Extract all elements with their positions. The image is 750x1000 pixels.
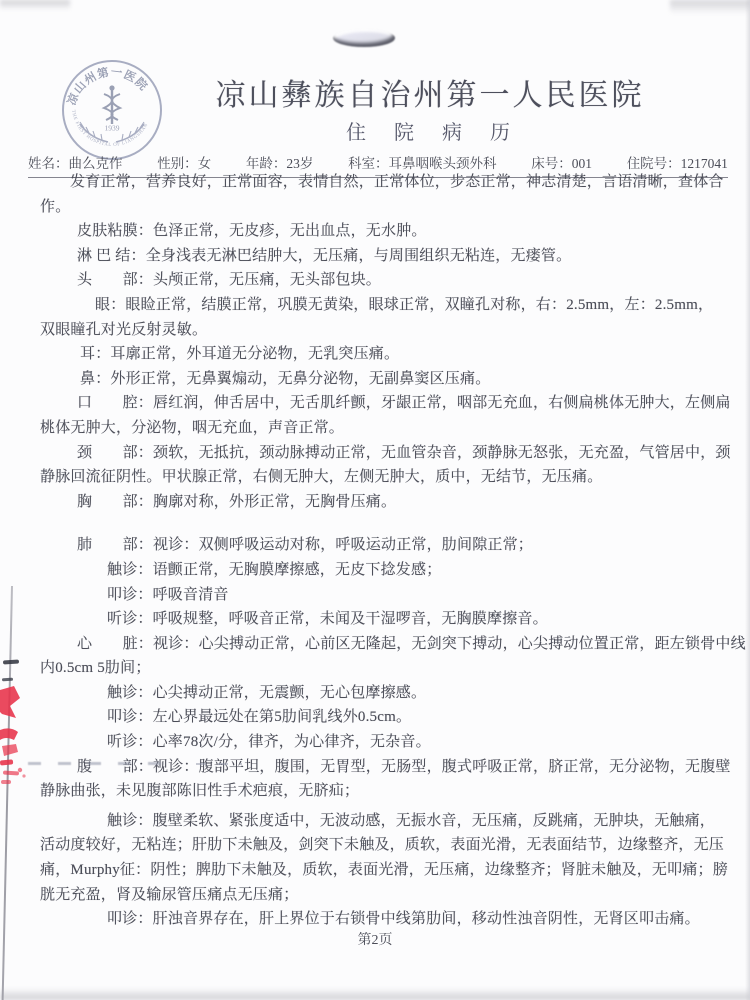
text-line: 内0.5cm 5肋间； bbox=[40, 656, 712, 681]
text-line: 颈 部：颈软，无抵抗，颈动脉搏动正常，无血管杂音，颈静脉无怒张，无充盈，气管居中… bbox=[40, 441, 712, 466]
text-line: 听诊：心率78次/分，律齐，为心律齐，无杂音。 bbox=[40, 730, 712, 755]
text-line: 鼻：外形正常，无鼻翼煽动，无鼻分泌物，无副鼻窦区压痛。 bbox=[40, 367, 712, 392]
text-line: 双眼瞳孔对光反射灵敏。 bbox=[40, 318, 712, 343]
seal-year: 1939 bbox=[105, 124, 120, 133]
text-line: 肺 部：视诊：双侧呼吸运动对称，呼吸运动正常，肋间隙正常； bbox=[40, 533, 712, 558]
text-line: 痛，Murphy征：阴性；脾肋下未触及，质软，表面光滑，无压痛，边缘整齐；肾脏未… bbox=[40, 858, 712, 883]
scan-edge-shadow bbox=[670, 0, 750, 14]
seal-arc-chinese: 凉山州第一医院 bbox=[64, 65, 151, 107]
patient-field: 床号：001 bbox=[531, 152, 592, 172]
text-line: 口 腔：唇红润，伸舌居中，无舌肌纤颤，牙龈正常，咽部无充血，右侧扁桃体无肿大，左… bbox=[40, 391, 712, 416]
text-line: 皮肤粘膜：色泽正常，无皮疹，无出血点，无水肿。 bbox=[40, 219, 712, 244]
scan-edge-shadow bbox=[0, 988, 750, 1000]
text-line: 触诊：语颤正常，无胸膜摩擦感，无皮下捻发感； bbox=[40, 558, 712, 583]
document-title: 住 院 病 历 bbox=[190, 116, 670, 145]
text-line: 静脉曲张，未见腹部陈旧性手术疤痕，无脐疝； bbox=[40, 779, 712, 804]
ink-mark-artifact bbox=[3, 659, 19, 664]
patient-field: 性别：女 bbox=[157, 152, 211, 172]
text-line: 触诊：心尖搏动正常，无震颤，无心包摩擦感。 bbox=[40, 681, 712, 706]
text-line: 腹 部：视诊：腹部平坦，腹围，无胃型，无肠型，腹式呼吸正常，脐正常，无分泌物，无… bbox=[40, 755, 712, 780]
text-line: 淋 巴 结：全身浅表无淋巴结肿大，无压痛，与周围组织无粘连，无瘘管。 bbox=[40, 244, 712, 269]
text-line: 眼：眼睑正常，结膜正常，巩膜无黄染，眼球正常，双瞳孔对称，右：2.5mm，左：2… bbox=[40, 293, 712, 318]
text-line: 胸 部：胸廓对称，外形正常，无胸骨压痛。 bbox=[40, 490, 712, 515]
text-line: 头 部：头颅正常，无压痛，无头部包块。 bbox=[40, 268, 712, 293]
hospital-seal-logo: 凉山州第一医院 THE FIRST HOSPITAL OF LIANGSHAN … bbox=[60, 58, 164, 162]
caduceus-icon bbox=[104, 85, 120, 124]
text-line: 耳：耳廓正常，外耳道无分泌物，无乳突压痛。 bbox=[40, 342, 712, 367]
text-line: 叩诊：呼吸音清音 bbox=[40, 583, 712, 608]
patient-field: 科室：耳鼻咽喉头颈外科 bbox=[348, 152, 497, 172]
text-line: 桃体无肿大，分泌物，咽无充血，声音正常。 bbox=[40, 416, 712, 441]
text-line: 心 脏：视诊：心尖搏动正常，心前区无隆起，无剑突下搏动，心尖搏动位置正常，距左锁… bbox=[40, 632, 712, 657]
text-line bbox=[40, 514, 712, 533]
red-stamp-fragment bbox=[0, 672, 40, 812]
patient-field: 住院号：1217041 bbox=[627, 152, 728, 172]
text-line: 静脉回流征阴性。甲状腺正常，右侧无肿大，左侧无肿大，质中，无结节，无压痛。 bbox=[40, 465, 712, 490]
scan-smudge-artifact bbox=[333, 29, 395, 47]
patient-field: 姓名：曲么克作 bbox=[28, 152, 123, 172]
scan-edge-shadow bbox=[0, 0, 70, 10]
body-lines: 发育正常，营养良好，正常面容，表情自然，正常体位，步态正常，神志清楚，言语清晰，… bbox=[40, 170, 712, 932]
text-line: 听诊：呼吸规整，呼吸音正常，未闻及干湿啰音，无胸膜摩擦音。 bbox=[40, 607, 712, 632]
scan-edge-shadow bbox=[745, 0, 750, 1000]
pencil-dash-artifact bbox=[28, 762, 178, 765]
text-line: 发育正常，营养良好，正常面容，表情自然，正常体位，步态正常，神志清楚，言语清晰，… bbox=[40, 170, 712, 195]
medical-record-page: 凉山州第一医院 THE FIRST HOSPITAL OF LIANGSHAN … bbox=[0, 0, 750, 1000]
pencil-dash-artifact bbox=[196, 763, 242, 765]
text-line: 作。 bbox=[40, 195, 712, 220]
svg-text:凉山州第一医院: 凉山州第一医院 bbox=[64, 65, 151, 107]
text-line: 胱无充盈，肾及输尿管压痛点无压痛； bbox=[40, 883, 712, 908]
text-line: 活动度较好，无粘连；肝肋下未触及，剑突下未触及，质软，表面光滑，无表面结节，边缘… bbox=[40, 833, 712, 858]
patient-field: 年龄：23岁 bbox=[246, 152, 314, 172]
page-number: 第2页 bbox=[0, 929, 750, 949]
text-line: 叩诊：左心界最远处在第5肋间乳线外0.5cm。 bbox=[40, 705, 712, 730]
text-line: 触诊：腹壁柔软、紧张度适中，无波动感，无振水音，无压痛，反跳痛，无肿块，无触痛， bbox=[40, 809, 712, 834]
hospital-name-title: 凉山彝族自治州第一人民医院 bbox=[190, 70, 670, 114]
